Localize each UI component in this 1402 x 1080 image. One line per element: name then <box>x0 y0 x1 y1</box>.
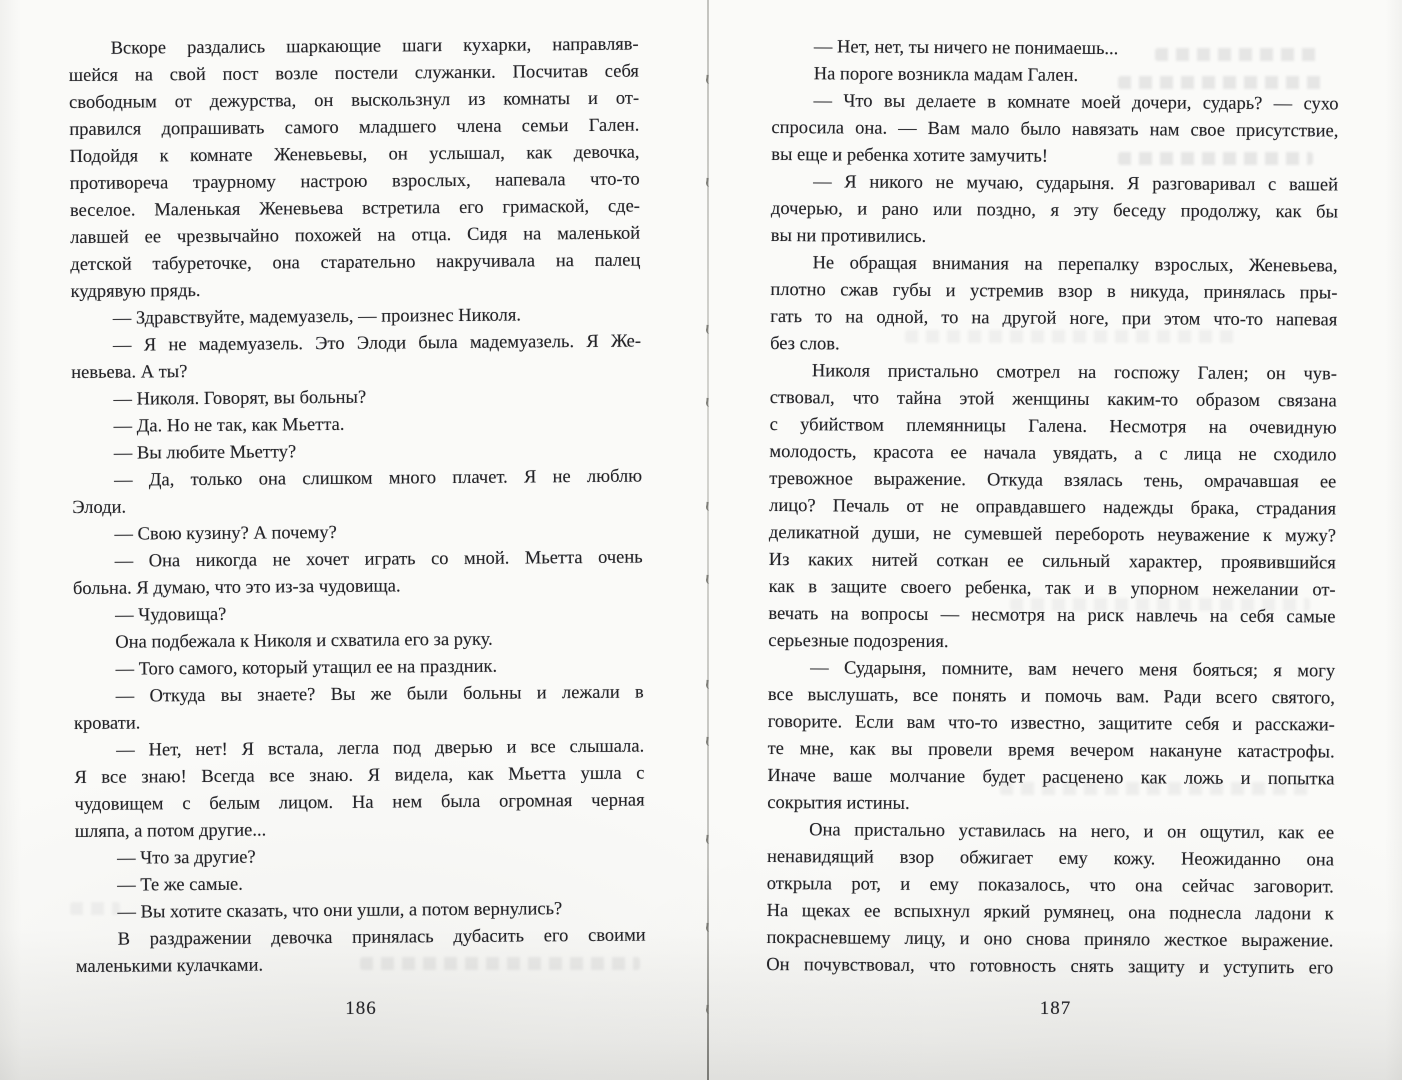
text-line: те мне, как вы провели время вечером нак… <box>768 736 1335 766</box>
text-line: — Что вы делаете в комнате моей дочери, … <box>772 88 1339 118</box>
text-line: — Я не мадемуазель. Это Элоди была мадем… <box>71 329 641 360</box>
text-line: — Она никогда не хочет играть со мной. М… <box>73 545 643 576</box>
seam-stitch-mark <box>705 835 712 845</box>
text-line: спросила она. — Вам мало было навязать н… <box>771 115 1338 145</box>
text-line: покрасневшему лицу, и оно снова приняло … <box>766 925 1333 955</box>
text-line: В раздражении девочка принялась дубасить… <box>76 923 646 954</box>
text-line: плотно сжав губы и устремив взор в никуд… <box>770 277 1337 307</box>
text-line: Она пристально уставилась на него, и он … <box>767 817 1334 847</box>
seam-stitch-mark <box>705 75 712 85</box>
text-line: дочерью, и рано или поздно, я эту беседу… <box>771 196 1338 226</box>
bleed-through-smudge <box>1118 76 1323 89</box>
seam-stitch-mark <box>705 737 712 747</box>
text-line: ствовал, что тайна этой женщины каким-то… <box>770 385 1337 415</box>
gutter-seam <box>707 0 709 1080</box>
text-line: ненавидящий взор обжигает ему кожу. Неож… <box>767 844 1334 874</box>
left-page-text: Вскоре раздались шаркающие шаги кухарки,… <box>69 32 646 981</box>
text-line: детской табуреточке, она старательно нак… <box>70 248 640 279</box>
bleed-through-smudge <box>1155 48 1320 61</box>
text-line: — Я никого не мучаю, сударыня. Я разгова… <box>771 169 1338 199</box>
bleed-through-smudge <box>1010 598 1310 611</box>
bleed-through-smudge <box>70 902 120 915</box>
text-line: молодость, красота ее начала увядать, а … <box>769 439 1336 469</box>
text-line: — Да, только она слишком много плачет. Я… <box>72 464 642 495</box>
bleed-through-smudge <box>905 330 1235 343</box>
text-line: Он почувствовал, что готовность снять за… <box>766 952 1333 982</box>
seam-stitch-mark <box>705 398 712 408</box>
text-line: На щеках ее вспыхнул яркий румянец, она … <box>767 898 1334 928</box>
seam-stitch-mark <box>705 575 712 585</box>
text-line: говорите. Если вам что-то известно, защи… <box>768 709 1335 739</box>
right-page-text: — Нет, нет, ты ничего не понимаешь...На … <box>766 34 1339 982</box>
text-line: Не обращая внимания на перепалку взрослы… <box>771 250 1338 280</box>
page-number-left: 186 <box>76 998 646 1020</box>
text-line: — Откуда вы знаете? Вы же были больны и … <box>74 680 644 711</box>
seam-stitch-mark <box>705 1005 712 1015</box>
text-line: тревожное выражение. Откуда взялась тень… <box>769 466 1336 496</box>
bleed-through-smudge <box>1000 782 1310 795</box>
text-line: Из каких нитей соткан ее сильный характе… <box>769 547 1336 577</box>
text-line: — Сударыня, помните, вам нечего меня боя… <box>768 655 1335 685</box>
text-line: открыла рот, и ему показалось, что она с… <box>767 871 1334 901</box>
text-line: Николя пристально смотрел на госпожу Гал… <box>770 358 1337 388</box>
text-line: все выслушать, все понять и помочь вам. … <box>768 682 1335 712</box>
seam-stitch-mark <box>705 680 712 690</box>
page-number-right: 187 <box>772 998 1339 1020</box>
seam-stitch-mark <box>705 923 712 933</box>
bleed-through-smudge <box>1118 152 1313 165</box>
text-line: с убийством племянницы Галена. Несмотря … <box>770 412 1337 442</box>
text-line: деликатной души, не сумевшей перебороть … <box>769 520 1336 550</box>
text-line: вы ни противились. <box>771 223 1338 253</box>
text-line: лицо? Печаль от не оправдавшего надежды … <box>769 493 1336 523</box>
seam-stitch-mark <box>705 178 712 188</box>
book-spread-scan: Вскоре раздались шаркающие шаги кухарки,… <box>0 0 1402 1080</box>
seam-stitch-mark <box>705 502 712 512</box>
text-line: серьезные подозрения. <box>768 628 1335 658</box>
seam-stitch-mark <box>705 325 712 335</box>
text-line: чудовищем с белым лицом. На нем была огр… <box>75 788 645 819</box>
bleed-through-smudge <box>360 957 640 970</box>
